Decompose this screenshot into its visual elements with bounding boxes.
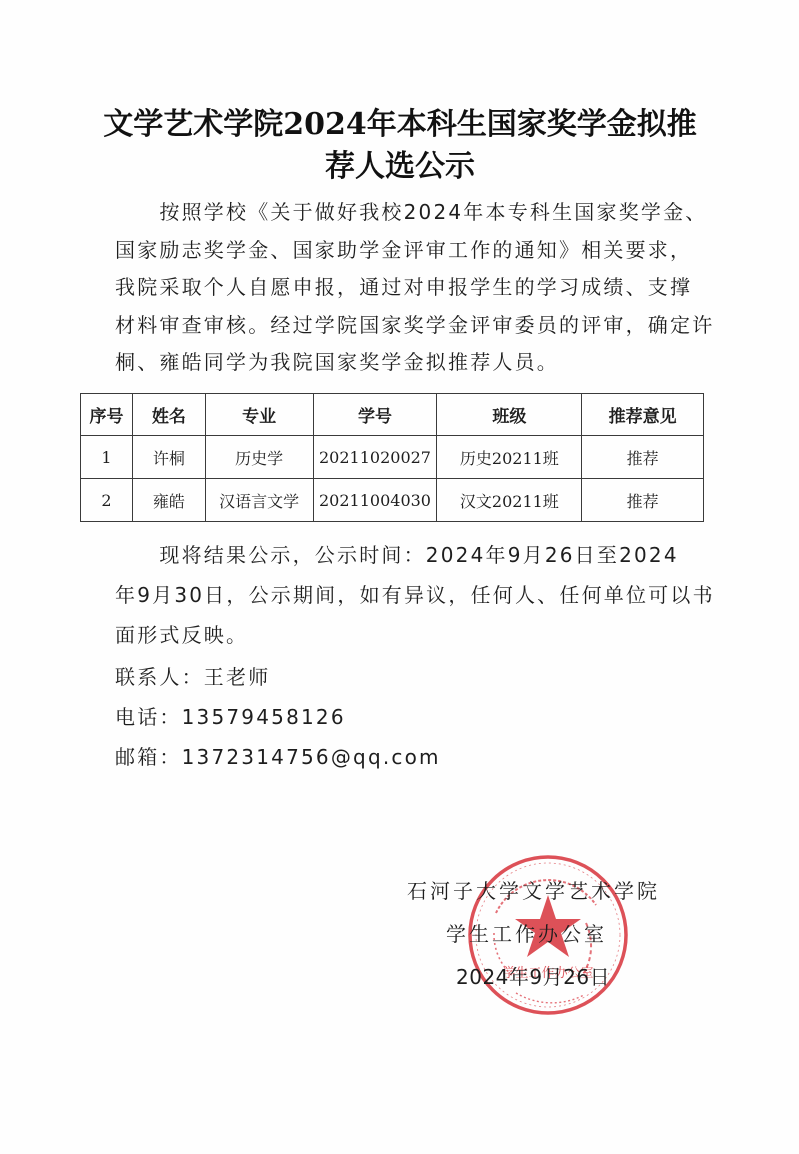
intro-paragraph-line-4: 材料审查审核。经过学院国家奖学金评审委员的评审，确定许	[115, 312, 714, 338]
header-major: 专业	[205, 394, 313, 436]
cell-major: 汉语言文学	[205, 479, 313, 522]
header-index: 序号	[81, 394, 133, 436]
table-row: 2 雍皓 汉语言文学 20211004030 汉文20211班 推荐	[81, 479, 704, 522]
header-student-id: 学号	[313, 394, 437, 436]
intro-paragraph-line-1: 按照学校《关于做好我校2024年本专科生国家奖学金、	[115, 199, 708, 225]
header-name: 姓名	[132, 394, 205, 436]
table-header-row: 序号 姓名 专业 学号 班级 推荐意见	[81, 394, 704, 436]
signature-office: 学生工作办公室	[446, 918, 607, 947]
cell-name: 许桐	[132, 436, 205, 479]
cell-student-id: 20211020027	[313, 436, 437, 479]
nominee-table: 序号 姓名 专业 学号 班级 推荐意见 1 许桐 历史学 20211020027…	[80, 393, 704, 522]
cell-major: 历史学	[205, 436, 313, 479]
header-class: 班级	[437, 394, 582, 436]
cell-recommendation: 推荐	[582, 436, 704, 479]
intro-paragraph-line-5: 桐、雍皓同学为我院国家奖学金拟推荐人员。	[115, 349, 559, 375]
intro-paragraph-line-3: 我院采取个人自愿申报，通过对申报学生的学习成绩、支撑	[115, 274, 692, 300]
document-page: 文学艺术学院2024年本科生国家奖学金拟推 荐人选公示 按照学校《关于做好我校2…	[0, 0, 799, 1154]
document-title-line-1: 文学艺术学院2024年本科生国家奖学金拟推	[100, 103, 700, 147]
cell-recommendation: 推荐	[582, 479, 704, 522]
contact-person: 联系人：王老师	[115, 664, 270, 690]
signature-date: 2024年9月26日	[456, 961, 610, 990]
cell-index: 2	[81, 479, 133, 522]
signature-organization: 石河子大学文学艺术学院	[407, 875, 660, 904]
contact-email: 邮箱：1372314756@qq.com	[115, 744, 441, 770]
intro-paragraph-line-2: 国家励志奖学金、国家助学金评审工作的通知》相关要求，	[115, 237, 692, 263]
document-title-line-2: 荐人选公示	[100, 145, 700, 189]
cell-class: 汉文20211班	[437, 479, 582, 522]
cell-student-id: 20211004030	[313, 479, 437, 522]
contact-phone: 电话：13579458126	[115, 704, 346, 730]
cell-name: 雍皓	[132, 479, 205, 522]
notice-paragraph-line-2: 年9月30日，公示期间，如有异议，任何人、任何单位可以书	[115, 582, 715, 608]
notice-paragraph-line-3: 面形式反映。	[115, 622, 248, 648]
table-row: 1 许桐 历史学 20211020027 历史20211班 推荐	[81, 436, 704, 479]
cell-class: 历史20211班	[437, 436, 582, 479]
notice-paragraph-line-1: 现将结果公示，公示时间：2024年9月26日至2024	[115, 542, 679, 568]
header-recommendation: 推荐意见	[582, 394, 704, 436]
cell-index: 1	[81, 436, 133, 479]
